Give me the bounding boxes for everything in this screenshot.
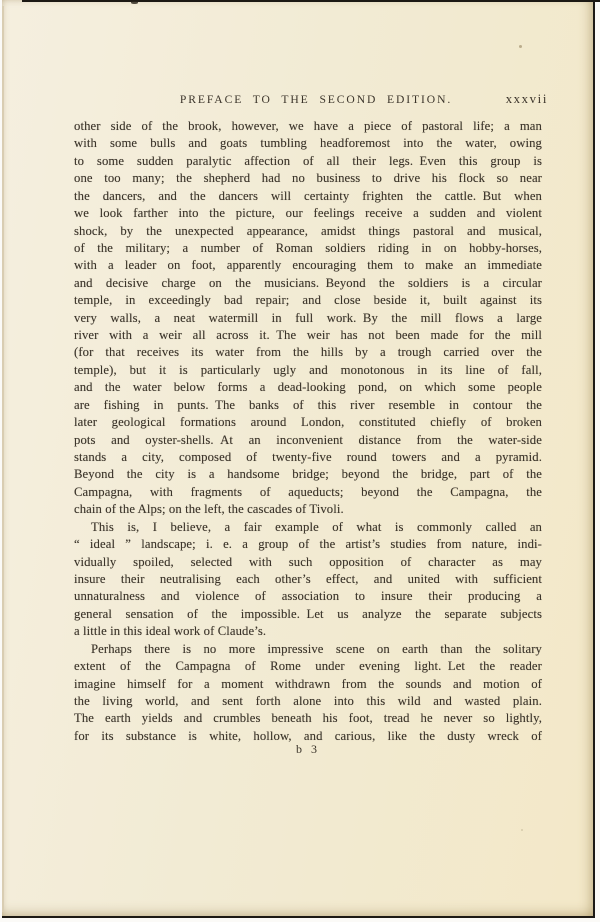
text-line: with some bulls and goats tumbling headf… <box>74 135 542 152</box>
paragraph: Perhaps there is no more impressive scen… <box>74 641 542 746</box>
text-line: The earth yields and crumbles beneath hi… <box>74 710 542 727</box>
text-line: very walls, a neat watermill in full wor… <box>74 310 542 327</box>
text-line: and the water below forms a dead-looking… <box>74 379 542 396</box>
text-line: insure their neutralising each other’s e… <box>74 571 542 588</box>
text-line: “ ideal ” landscape; i. e. a group of th… <box>74 536 542 553</box>
scan-artifact <box>131 1 138 4</box>
page-left-edge <box>2 6 4 912</box>
text-line: river with a weir all across it. The wei… <box>74 327 542 344</box>
text-line: vidually spoiled, selected with such opp… <box>74 554 542 571</box>
scan-top-edge <box>22 0 600 2</box>
paragraph: This is, I believe, a fair example of wh… <box>74 519 542 641</box>
signature-mark: b 3 <box>74 742 542 757</box>
paragraph: other side of the brook, however, we hav… <box>74 118 542 519</box>
text-line: Beyond the city is a handsome bridge; be… <box>74 466 542 483</box>
body-text: other side of the brook, however, we hav… <box>74 118 542 745</box>
text-line: other side of the brook, however, we hav… <box>74 118 542 135</box>
text-line: later geological formations around Londo… <box>74 414 542 431</box>
text-line: a little in this ideal work of Claude’s. <box>74 623 542 640</box>
page-header: PREFACE TO THE SECOND EDITION. xxxvii <box>74 93 542 109</box>
text-line: to some sudden paralytic affection of al… <box>74 153 542 170</box>
text-line: we look farther into the picture, our fe… <box>74 205 542 222</box>
text-line: This is, I believe, a fair example of wh… <box>74 519 542 536</box>
text-line: temple, in exceedingly bad repair; and c… <box>74 292 542 309</box>
text-line: stands a city, composed of twenty-five r… <box>74 449 542 466</box>
text-line: chain of the Alps; on the left, the casc… <box>74 501 542 518</box>
text-line: and decisive charge on the musicians. Be… <box>74 275 542 292</box>
scan-bottom-edge <box>2 916 595 918</box>
text-line: temple), but it is particularly ugly and… <box>74 362 542 379</box>
paper-speck <box>519 45 522 48</box>
page-number: xxxvii <box>506 92 548 107</box>
text-line: shock, by the unexpected appearance, ami… <box>74 223 542 240</box>
paper-speck <box>521 829 523 831</box>
scan-right-edge <box>593 0 595 918</box>
text-line: Campagna, with fragments of aqueducts; b… <box>74 484 542 501</box>
text-line: unnaturalness and violence of associatio… <box>74 588 542 605</box>
text-line: Perhaps there is no more impressive scen… <box>74 641 542 658</box>
scan-viewport: PREFACE TO THE SECOND EDITION. xxxvii ot… <box>0 0 600 922</box>
text-line: the living world, and sent forth alone i… <box>74 693 542 710</box>
running-title: PREFACE TO THE SECOND EDITION. <box>74 93 542 106</box>
book-page: PREFACE TO THE SECOND EDITION. xxxvii ot… <box>2 0 594 917</box>
text-line: with a leader on foot, apparently encour… <box>74 257 542 274</box>
text-line: imagine himself for a moment withdrawn f… <box>74 676 542 693</box>
text-line: the dancers, and the dancers will certai… <box>74 188 542 205</box>
text-line: extent of the Campagna of Rome under eve… <box>74 658 542 675</box>
text-line: one too many; the shepherd had no busine… <box>74 170 542 187</box>
text-line: are fishing in punts. The banks of this … <box>74 397 542 414</box>
text-line: general sensation of the impossible. Let… <box>74 606 542 623</box>
text-line: (for that receives its water from the hi… <box>74 344 542 361</box>
text-line: pots and oyster-shells. At an inconvenie… <box>74 432 542 449</box>
text-line: of the military; a number of Roman soldi… <box>74 240 542 257</box>
